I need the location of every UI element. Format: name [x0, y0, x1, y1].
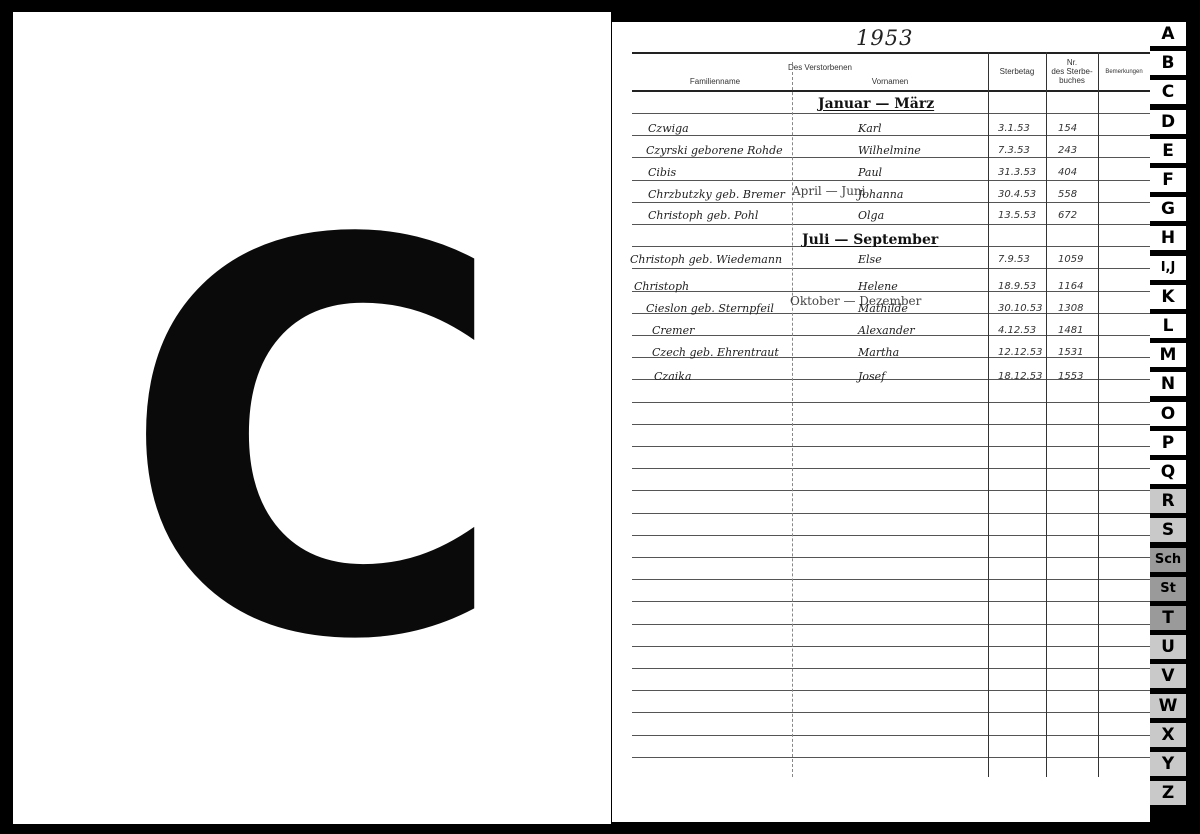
register-number-cell: 154 [1058, 122, 1077, 136]
death-date-cell: 30.4.53 [998, 188, 1036, 202]
section-heading: April — Juni [792, 184, 866, 198]
family-name-cell: Cremer [652, 324, 694, 338]
thumb-tab-p[interactable]: P [1150, 431, 1186, 455]
ruled-line [632, 557, 1150, 558]
section-heading: Juli — September [802, 232, 938, 248]
given-name-cell: Else [858, 253, 882, 267]
ruled-line [632, 224, 1150, 225]
death-date-cell: 13.5.53 [998, 209, 1036, 223]
ruled-line [632, 646, 1150, 647]
header-group-label: Des Verstorbenen [760, 63, 880, 72]
thumb-tab-t[interactable]: T [1150, 606, 1186, 630]
thumb-tab-s[interactable]: S [1150, 518, 1186, 542]
ruled-line [632, 601, 1150, 602]
thumb-tab-d[interactable]: D [1150, 110, 1186, 134]
header-sterbetag: Sterbetag [988, 67, 1046, 76]
register-number-cell: 1553 [1058, 370, 1083, 384]
register-number-cell: 1164 [1058, 280, 1083, 294]
header-bottom-rule [632, 90, 1150, 92]
thumb-tab-u[interactable]: U [1150, 635, 1186, 659]
thumb-index: ABCDEFGHI,JKLMNOPQRSSchStTUVWXYZ [1150, 22, 1186, 822]
thumb-tab-a[interactable]: A [1150, 22, 1186, 46]
register-number-cell: 1481 [1058, 324, 1083, 338]
given-name-cell: Paul [858, 166, 882, 180]
death-date-cell: 7.3.53 [998, 144, 1030, 158]
thumb-tab-w[interactable]: W [1150, 694, 1186, 718]
ruled-line [632, 113, 1150, 114]
divider-remarks [1098, 52, 1099, 777]
register-number-cell: 1059 [1058, 253, 1083, 267]
register-number-cell: 404 [1058, 166, 1077, 180]
death-date-cell: 4.12.53 [998, 324, 1036, 338]
family-name-cell: Czyrski geborene Rohde [646, 144, 783, 158]
death-date-cell: 12.12.53 [998, 346, 1043, 360]
ruled-line [632, 712, 1150, 713]
ruled-line [632, 757, 1150, 758]
given-name-cell: Karl [858, 122, 882, 136]
divider-family-given [792, 62, 793, 777]
thumb-tab-v[interactable]: V [1150, 664, 1186, 688]
given-name-cell: Wilhelmine [858, 144, 921, 158]
thumb-tab-o[interactable]: O [1150, 402, 1186, 426]
family-name-cell: Czech geb. Ehrentraut [652, 346, 779, 360]
register-year: 1953 [856, 26, 913, 50]
register-number-cell: 558 [1058, 188, 1077, 202]
death-date-cell: 7.9.53 [998, 253, 1030, 267]
given-name-cell: Helene [858, 280, 898, 294]
family-name-cell: Chrzbutzky geb. Bremer [648, 188, 785, 202]
ruled-line [632, 202, 1150, 203]
divider-number [1046, 52, 1047, 777]
register-number-cell: 672 [1058, 209, 1077, 223]
ruled-line [632, 735, 1150, 736]
family-name-cell: Cibis [648, 166, 676, 180]
thumb-tab-f[interactable]: F [1150, 168, 1186, 192]
thumb-tab-c[interactable]: C [1150, 80, 1186, 104]
given-name-cell: Olga [858, 209, 884, 223]
header-number-line1: Nr. [1046, 58, 1098, 67]
family-name-cell: Christoph [634, 280, 689, 294]
given-name-cell: Johanna [858, 188, 903, 202]
register-number-cell: 243 [1058, 144, 1077, 158]
thumb-tab-y[interactable]: Y [1150, 752, 1186, 776]
ruled-line [632, 690, 1150, 691]
thumb-tab-n[interactable]: N [1150, 372, 1186, 396]
thumb-tab-st[interactable]: St [1150, 577, 1186, 601]
ruled-line [632, 446, 1150, 447]
thumb-tab-k[interactable]: K [1150, 285, 1186, 309]
left-page: C [13, 12, 611, 824]
ruled-line [632, 402, 1150, 403]
given-name-cell: Josef [858, 370, 885, 384]
header-number-line2: des Sterbe- [1046, 67, 1098, 76]
ruled-line [632, 624, 1150, 625]
thumb-tab-l[interactable]: L [1150, 314, 1186, 338]
given-name-cell: Alexander [858, 324, 915, 338]
death-date-cell: 18.12.53 [998, 370, 1043, 384]
family-name-cell: Christoph geb. Pohl [648, 209, 758, 223]
thumb-tab-g[interactable]: G [1150, 197, 1186, 221]
ruled-line [632, 180, 1150, 181]
header-bemerkungen: Bemerkungen [1098, 68, 1150, 77]
thumb-tab-ij[interactable]: I,J [1150, 256, 1186, 280]
section-letter: C [113, 194, 505, 694]
ruled-line [632, 579, 1150, 580]
header-number-line3: buches [1046, 76, 1098, 85]
ruled-line [632, 668, 1150, 669]
ruled-line [632, 468, 1150, 469]
family-name-cell: Christoph geb. Wiedemann [630, 253, 782, 267]
given-name-cell: Mathilde [858, 302, 908, 316]
thumb-tab-r[interactable]: R [1150, 489, 1186, 513]
death-date-cell: 31.3.53 [998, 166, 1036, 180]
ruled-line [632, 268, 1150, 269]
ruled-line [632, 513, 1150, 514]
thumb-tab-h[interactable]: H [1150, 226, 1186, 250]
thumb-tab-e[interactable]: E [1150, 139, 1186, 163]
section-heading: Januar — März [818, 96, 934, 112]
death-date-cell: 3.1.53 [998, 122, 1030, 136]
thumb-tab-z[interactable]: Z [1150, 781, 1186, 805]
death-date-cell: 18.9.53 [998, 280, 1036, 294]
divider-date [988, 52, 989, 777]
register-number-cell: 1308 [1058, 302, 1083, 316]
thumb-tab-b[interactable]: B [1150, 51, 1186, 75]
thumb-tab-m[interactable]: M [1150, 343, 1186, 367]
ruled-line [632, 535, 1150, 536]
family-name-cell: Cieslon geb. Sternpfeil [646, 302, 774, 316]
ruled-line [632, 490, 1150, 491]
family-name-cell: Czaika [654, 370, 692, 384]
header-familienname: Familienname [650, 77, 780, 86]
thumb-tab-sch[interactable]: Sch [1150, 548, 1186, 572]
right-page [612, 22, 1150, 822]
table-top-rule [632, 52, 1150, 54]
thumb-tab-x[interactable]: X [1150, 723, 1186, 747]
thumb-tab-q[interactable]: Q [1150, 460, 1186, 484]
death-date-cell: 30.10.53 [998, 302, 1043, 316]
given-name-cell: Martha [858, 346, 899, 360]
register-number-cell: 1531 [1058, 346, 1083, 360]
family-name-cell: Czwiga [648, 122, 689, 136]
header-vornamen: Vornamen [830, 77, 950, 86]
ruled-line [632, 424, 1150, 425]
